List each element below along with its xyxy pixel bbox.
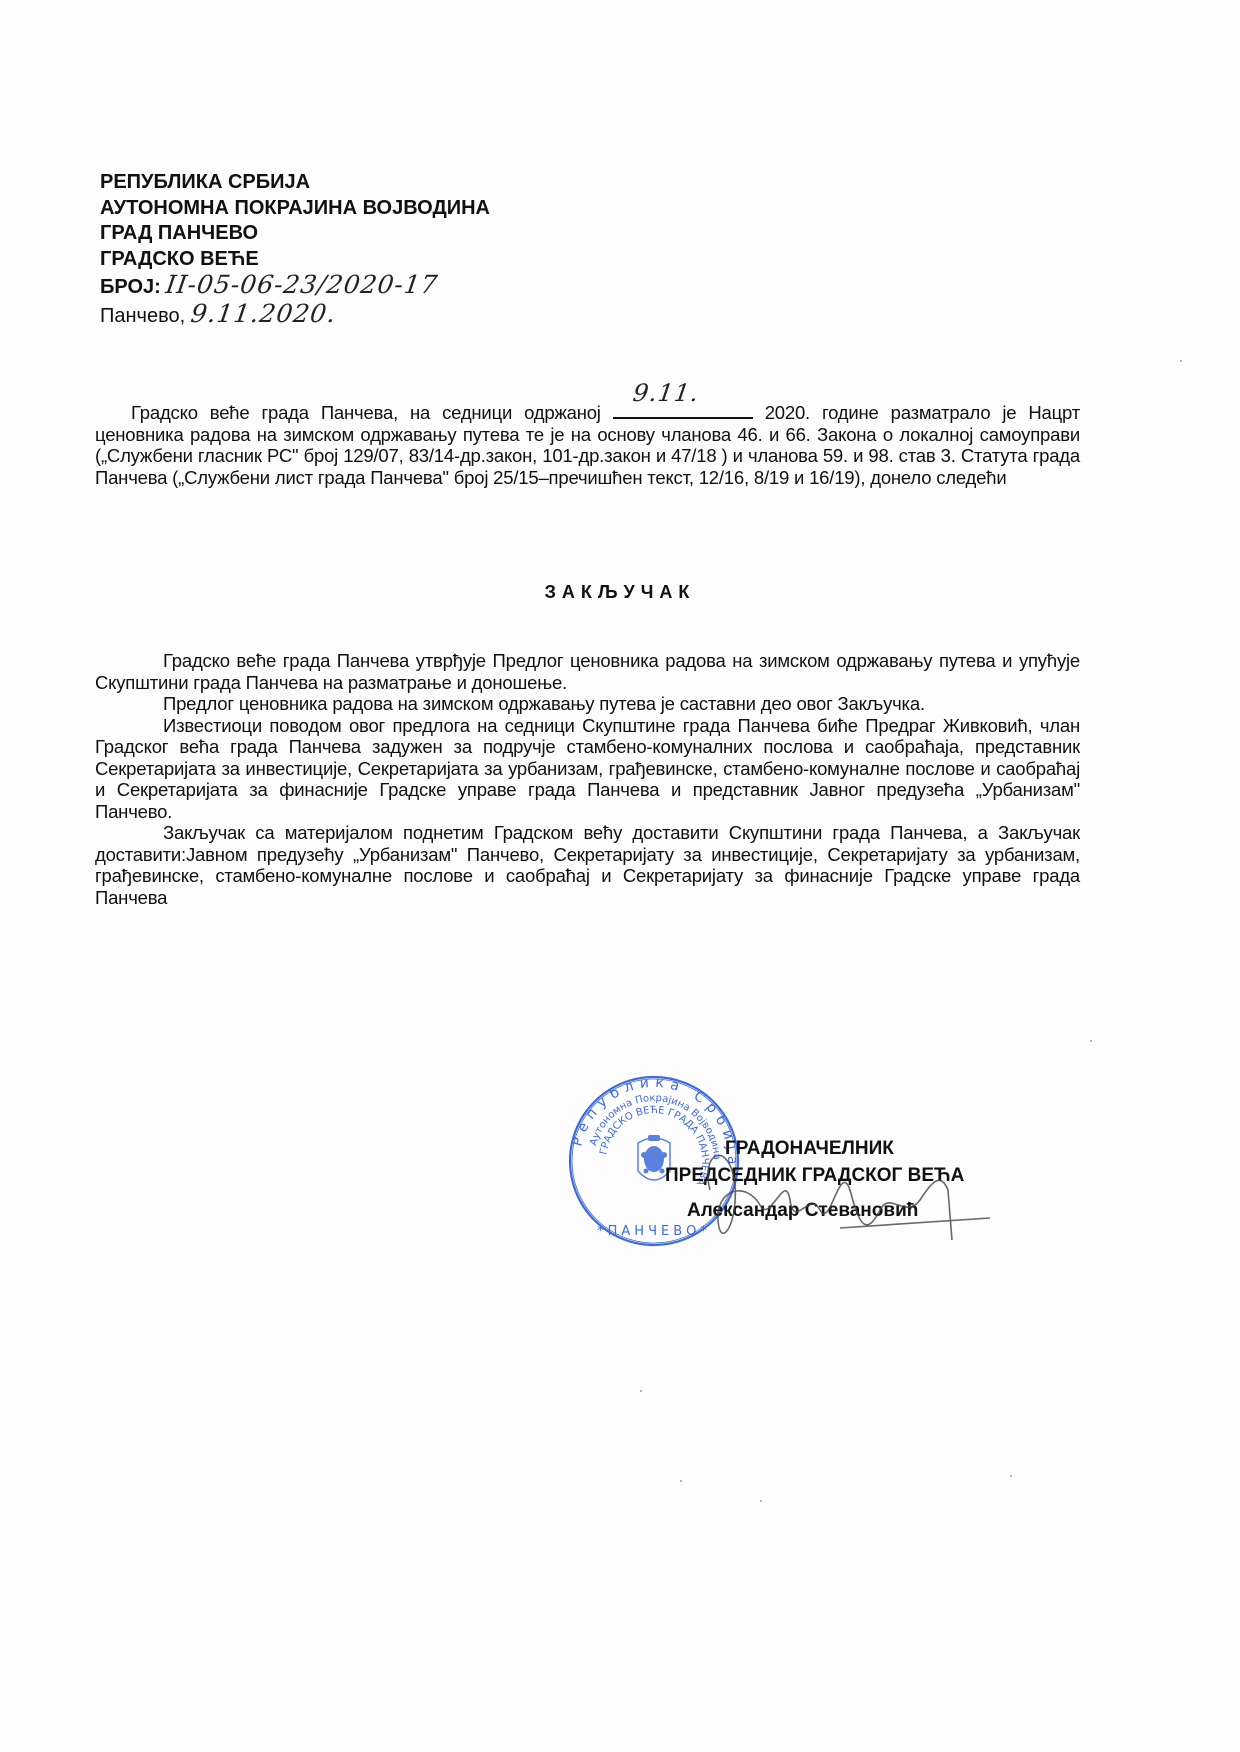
scan-speck — [760, 1500, 762, 1502]
number-label: БРОЈ: — [100, 276, 161, 298]
conclusion-paragraph: Предлог ценовника радова на зимском одрж… — [95, 693, 1080, 715]
document-title: ЗАКЉУЧАК — [0, 582, 1240, 603]
intro-part1: Градско веће града Панчева, на седници о… — [95, 402, 601, 423]
scan-speck — [1090, 1040, 1092, 1042]
header-republic: РЕПУБЛИКА СРБИЈА — [100, 170, 490, 196]
date-handwritten: 9.11.2020. — [189, 301, 338, 327]
conclusion-paragraph: Известиоци поводом овог предлога на седн… — [95, 715, 1080, 823]
session-date-blank: 9.11. — [613, 397, 753, 419]
scan-speck — [1180, 360, 1182, 362]
conclusion-body: Градско веће града Панчева утврђује Пред… — [95, 650, 1080, 908]
place-label: Панчево, — [100, 305, 185, 327]
document-page: РЕПУБЛИКА СРБИЈА АУТОНОМНА ПОКРАЈИНА ВОЈ… — [0, 0, 1240, 1752]
header-place-date: Панчево, 9.11.2020. — [100, 301, 490, 330]
conclusion-paragraph: Закључак са материјалом поднетим Градско… — [95, 822, 1080, 908]
header-number: БРОЈ: II-05-06-23/2020-17 — [100, 272, 490, 301]
intro-paragraph: Градско веће града Панчева, на седници о… — [95, 397, 1080, 488]
scan-speck — [1010, 1475, 1012, 1477]
header-province: АУТОНОМНА ПОКРАЈИНА ВОЈВОДИНА — [100, 196, 490, 222]
scan-speck — [680, 1480, 682, 1482]
header-council: ГРАДСКО ВЕЋЕ — [100, 247, 490, 273]
document-header: РЕПУБЛИКА СРБИЈА АУТОНОМНА ПОКРАЈИНА ВОЈ… — [100, 170, 490, 329]
conclusion-paragraph: Градско веће града Панчева утврђује Пред… — [95, 650, 1080, 693]
number-handwritten: II-05-06-23/2020-17 — [165, 272, 440, 298]
header-city: ГРАД ПАНЧЕВО — [100, 221, 490, 247]
session-date-handwritten: 9.11. — [631, 383, 700, 405]
scan-speck — [640, 1390, 642, 1392]
handwritten-signature-icon — [690, 1130, 1010, 1260]
